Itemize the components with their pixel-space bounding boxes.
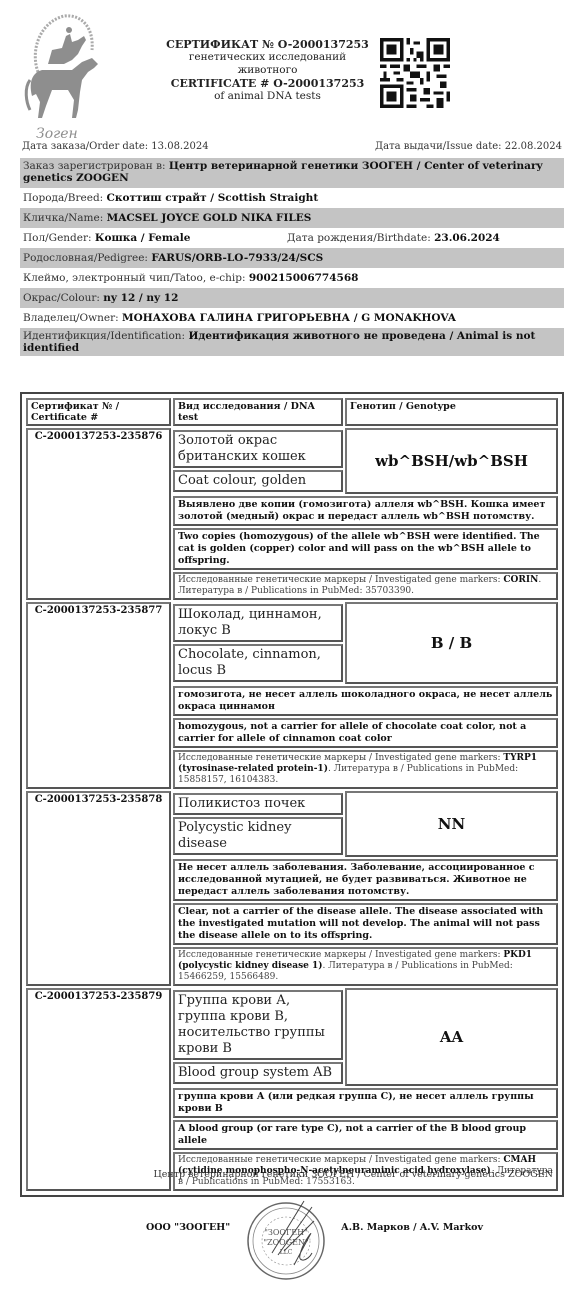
genotype: NN <box>345 791 558 857</box>
center-name: Центр ветеринарной генетики ЗООГЕН / Cen… <box>0 1169 553 1180</box>
gene-markers: Исследованные генетические маркеры / Inv… <box>173 947 558 986</box>
svg-text:Зоген: Зоген <box>36 126 78 142</box>
table-row: C-2000137253-235878 Поликистоз почек Pol… <box>26 791 558 857</box>
title-ru: СЕРТИФИКАТ № O-2000137253 <box>140 38 395 51</box>
birthdate: Дата рождения/Birthdate: 23.06.2024 <box>287 232 500 244</box>
genotype: B / B <box>345 602 558 684</box>
result-description-ru: гомозигота, не несет аллель шоколадного … <box>173 686 558 716</box>
test-name-ru: Группа крови А, группа крови В, носитель… <box>173 990 343 1060</box>
dna-test: Поликистоз почек Polycystic kidney disea… <box>173 791 343 857</box>
test-name-ru: Золотой окрас британских кошек <box>173 430 343 468</box>
certificate-number: C-2000137253-235879 <box>26 988 171 1191</box>
test-name-ru: Поликистоз почек <box>173 793 343 815</box>
test-name-ru: Шоколад, циннамон, локус B <box>173 604 343 642</box>
title-en: CERTIFICATE # O-2000137253 <box>140 77 395 90</box>
organization-name: ООО "ЗООГЕН" <box>146 1222 230 1233</box>
certificate-title: СЕРТИФИКАТ № O-2000137253 генетических и… <box>140 38 395 103</box>
breed-row: Порода/Breed: Скоттиш страйт / Scottish … <box>20 188 564 208</box>
gender-row: Пол/Gender: Кошка / Female Дата рождения… <box>20 228 564 248</box>
dates-line: Дата заказа/Order date: 13.08.2024 Дата … <box>22 141 562 155</box>
registered-row: Заказ зарегистрирован в: Центр ветеринар… <box>20 158 564 188</box>
title-en-sub: of animal DNA tests <box>140 90 395 103</box>
colour-row: Окрас/Colour: ny 12 / ny 12 <box>20 288 564 308</box>
header-genotype: Генотип / Genotype <box>345 398 558 426</box>
table-row: C-2000137253-235877 Шоколад, циннамон, л… <box>26 602 558 684</box>
table-header: Сертификат № / Certificate # Вид исследо… <box>26 398 558 426</box>
results-table: Сертификат № / Certificate # Вид исследо… <box>20 392 564 1197</box>
gene-markers: Исследованные генетические маркеры / Inv… <box>173 750 558 789</box>
test-name-en: Chocolate, cinnamon, locus B <box>173 644 343 682</box>
dna-test: Группа крови А, группа крови В, носитель… <box>173 988 343 1086</box>
gene-markers: Исследованные генетические маркеры / Inv… <box>173 572 558 600</box>
genotype: AA <box>345 988 558 1086</box>
test-name-en: Coat colour, golden <box>173 470 343 492</box>
table-row: C-2000137253-235876 Золотой окрас британ… <box>26 428 558 494</box>
name-row: Кличка/Name: MACSEL JOYCE GOLD NIKA FILE… <box>20 208 564 228</box>
animal-info: Заказ зарегистрирован в: Центр ветеринар… <box>20 158 564 356</box>
result-description-en: Two copies (homozygous) of the allele wb… <box>173 528 558 570</box>
result-description-en: homozygous, not a carrier for allele of … <box>173 718 558 748</box>
title-ru-sub2: животного <box>140 64 395 77</box>
genotype: wb^BSH/wb^BSH <box>345 428 558 494</box>
order-date: Дата заказа/Order date: 13.08.2024 <box>22 141 209 152</box>
dna-test: Золотой окрас британских кошек Coat colo… <box>173 428 343 494</box>
identification-row: Идентификция/Identification: Идентификац… <box>20 328 564 356</box>
title-ru-sub1: генетических исследований <box>140 51 395 64</box>
signer-name: А.В. Марков / A.V. Markov <box>341 1222 483 1233</box>
test-name-en: Polycystic kidney disease <box>173 817 343 855</box>
result-description-ru: группа крови А (или редкая группа С), не… <box>173 1088 558 1118</box>
certificate-number: C-2000137253-235877 <box>26 602 171 789</box>
certificate-number: C-2000137253-235876 <box>26 428 171 600</box>
pedigree-row: Родословная/Pedigree: FARUS/ORB-LO-7933/… <box>20 248 564 268</box>
owner-row: Владелец/Owner: МОНАХОВА ГАЛИНА ГРИГОРЬЕ… <box>20 308 564 328</box>
certificate-number: C-2000137253-235878 <box>26 791 171 986</box>
header-dna-test: Вид исследования / DNA test <box>173 398 343 426</box>
dna-test: Шоколад, циннамон, локус B Chocolate, ci… <box>173 602 343 684</box>
header-certificate: Сертификат № / Certificate # <box>26 398 171 426</box>
horse-rider-logo-icon: Зоген <box>22 10 104 142</box>
zoogen-logo: Зоген <box>22 10 104 142</box>
stamp-seal-icon: "ЗООГЕН" "ZOOGEN" LLC <box>242 1193 332 1283</box>
svg-text:"ZOOGEN": "ZOOGEN" <box>263 1238 308 1247</box>
table-row: C-2000137253-235879 Группа крови А, груп… <box>26 988 558 1086</box>
result-description-en: A blood group (or rare type C), not a ca… <box>173 1120 558 1150</box>
result-description-ru: Выявлено две копии (гомозигота) аллеля w… <box>173 496 558 526</box>
qr-code-icon[interactable] <box>380 38 450 108</box>
result-description-en: Clear, not a carrier of the disease alle… <box>173 903 558 945</box>
chip-row: Клеймо, электронный чип/Tatoo, e-chip: 9… <box>20 268 564 288</box>
issue-date: Дата выдачи/Issue date: 22.08.2024 <box>375 141 562 152</box>
test-name-en: Blood group system AB <box>173 1062 343 1084</box>
result-description-ru: Не несет аллель заболевания. Заболевание… <box>173 859 558 901</box>
